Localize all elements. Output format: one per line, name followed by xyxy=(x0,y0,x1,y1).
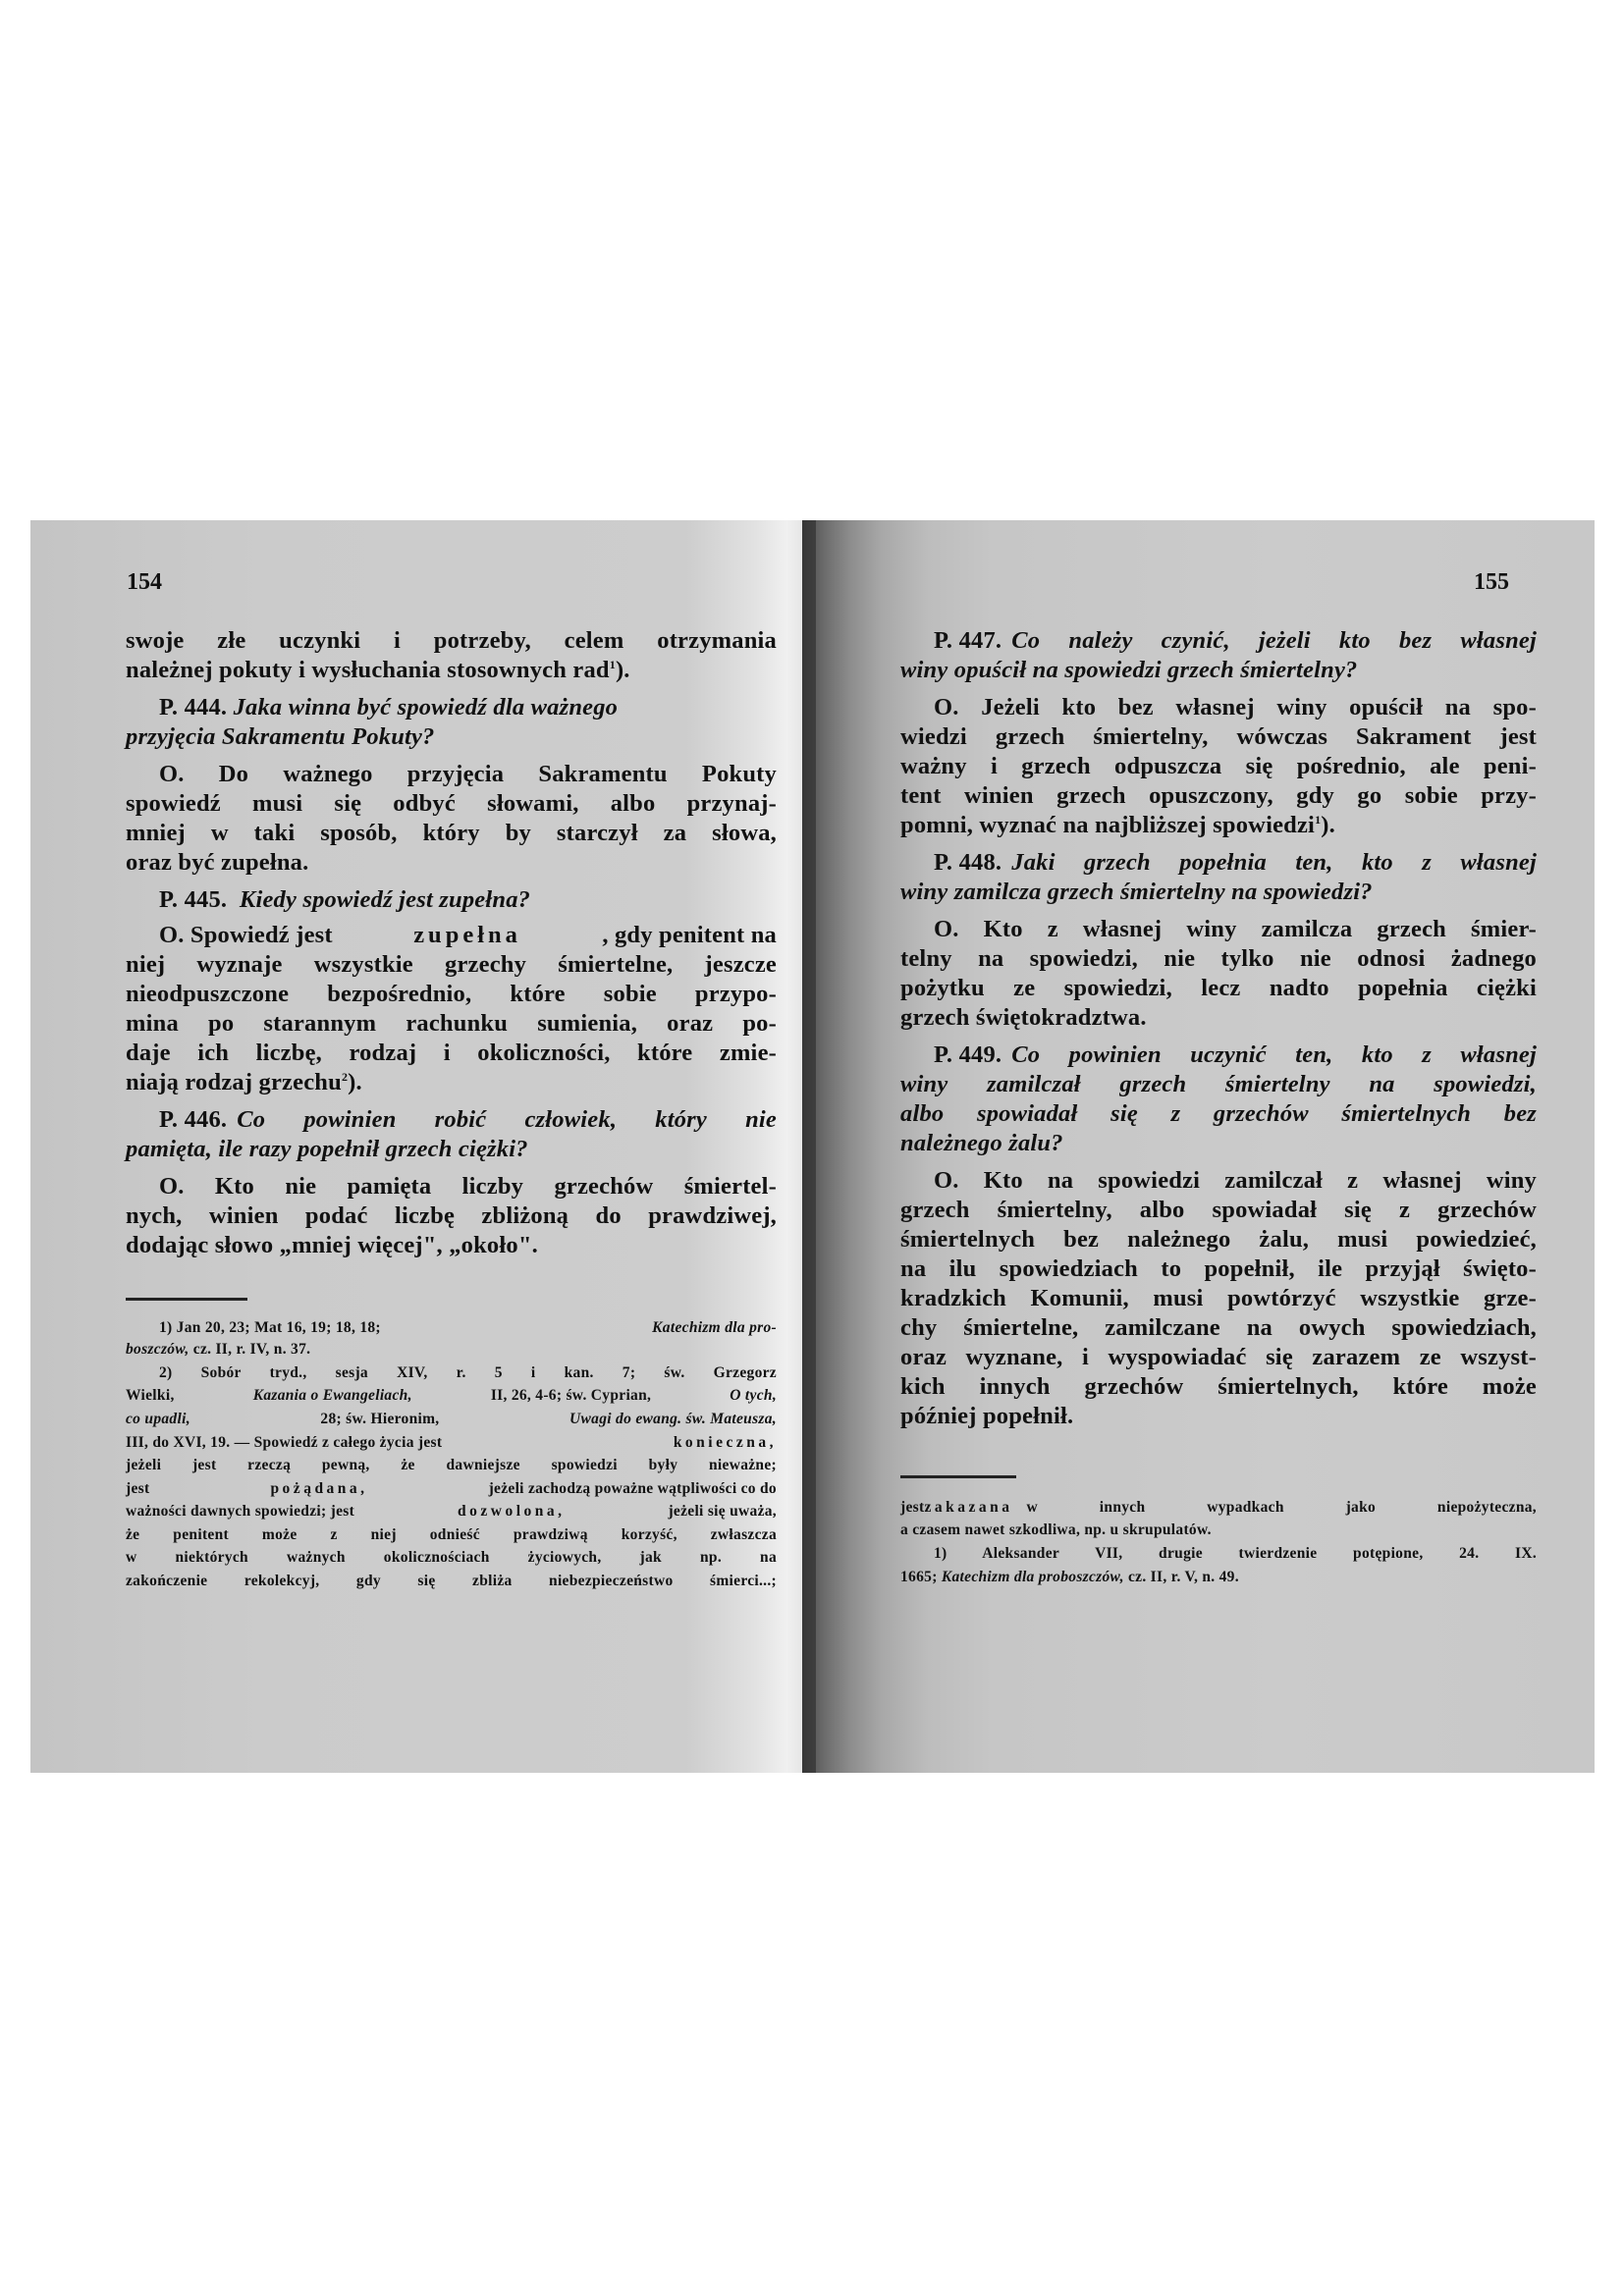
footnote-divider xyxy=(126,1298,247,1301)
question-text: przyjęcia Sakramentu Pokuty? xyxy=(126,722,435,752)
footnote: 1) Aleksander VII, drugie twierdzenie po… xyxy=(934,1543,1537,1565)
question-heading: P. 445. Kiedy spowiedź jest zupełna? xyxy=(159,885,530,915)
text-line: pomni, wyznać na najbliższej spowiedzi1)… xyxy=(900,811,1335,840)
question-text: Co powinien uczynić ten, kto z własnej xyxy=(1011,1041,1537,1070)
text-line: O. Do ważnego przyjęcia Sakramentu Pokut… xyxy=(159,760,777,789)
text-line: kradzkich Komunii, musi powtórzyć wszyst… xyxy=(900,1284,1537,1313)
footnote: ważności dawnych spowiedzi; jestdozwolon… xyxy=(126,1501,777,1522)
text-line: wiedzi grzech śmiertelny, wówczas Sakram… xyxy=(900,722,1537,752)
footnote-marker: 1 xyxy=(610,658,616,671)
text-line: dodając słowo „mniej więcej", „około". xyxy=(126,1231,538,1260)
footnote: Wielki,Kazania o Ewangeliach,II, 26, 4-6… xyxy=(126,1385,777,1407)
text-line: O. Jeżeli kto bez własnej winy opuścił n… xyxy=(934,693,1537,722)
text-line: nych, winien podać liczbę zbliżoną do pr… xyxy=(126,1201,777,1231)
question-text: winy zamilcza grzech śmiertelny na spowi… xyxy=(900,878,1373,907)
text-line: tent winien grzech opuszczony, gdy go so… xyxy=(900,781,1537,811)
question-number: P. 446. xyxy=(159,1105,227,1135)
text-line: swoje złe uczynki i potrzeby, celem otrz… xyxy=(126,626,777,656)
text-line: kich innych grzechów śmiertelnych, które… xyxy=(900,1372,1537,1402)
question-number: P. 448. xyxy=(934,848,1001,878)
footnote: co upadli,28; św. Hieronim,Uwagi do ewan… xyxy=(126,1409,777,1430)
text-line: pożytku ze spowiedzi, lecz nadto popełni… xyxy=(900,974,1537,1003)
text-line: oraz być zupełna. xyxy=(126,848,308,878)
footnote: a czasem nawet szkodliwa, np. u skrupula… xyxy=(900,1520,1212,1541)
question-text: należnego żalu? xyxy=(900,1129,1063,1158)
text-line: ważny i grzech odpuszcza się pośrednio, … xyxy=(900,752,1537,781)
text-line: oraz wyznane, i wyspowiadać się zarazem … xyxy=(900,1343,1537,1372)
question-number: P. 449. xyxy=(934,1041,1001,1070)
text-line: na ilu spowiedziach to popełnił, ile prz… xyxy=(900,1255,1537,1284)
question-text: albo spowiadał się z grzechów śmiertelny… xyxy=(900,1099,1537,1129)
page-number-right: 155 xyxy=(1474,569,1509,596)
question-number: P. 445. xyxy=(159,886,227,913)
question-heading: P. 448.Jaki grzech popełnia ten, kto z w… xyxy=(934,848,1537,878)
text-line: mina po starannym rachunku sumienia, ora… xyxy=(126,1009,777,1039)
question-heading: P. 446.Co powinien robić człowiek, który… xyxy=(159,1105,777,1135)
question-text: Jaka winna być spowiedź dla ważnego xyxy=(234,694,619,721)
question-text: Jaki grzech popełnia ten, kto z własnej xyxy=(1011,848,1537,878)
text-line: spowiedź musi się odbyć słowami, albo pr… xyxy=(126,789,777,819)
question-heading: P. 449.Co powinien uczynić ten, kto z wł… xyxy=(934,1041,1537,1070)
text-line: mniej w taki sposób, który by starczył z… xyxy=(126,819,777,848)
question-text: Kiedy spowiedź jest zupełna? xyxy=(240,886,530,913)
text-line: należnej pokuty i wysłuchania stosownych… xyxy=(126,656,630,685)
page-number-left: 154 xyxy=(127,569,162,596)
footnote: jeżeli jest rzeczą pewną, że dawniejsze … xyxy=(126,1455,777,1476)
footnote: zakończenie rekolekcyj, gdy się zbliża n… xyxy=(126,1571,777,1592)
text-line: nieodpuszczone bezpośrednio, które sobie… xyxy=(126,980,777,1009)
text-line: O. Kto nie pamięta liczby grzechów śmier… xyxy=(159,1172,777,1201)
question-text: winy opuścił na spowiedzi grzech śmierte… xyxy=(900,656,1357,685)
text-line: grzech świętokradztwa. xyxy=(900,1003,1147,1033)
book-scan: 154 swoje złe uczynki i potrzeby, celem … xyxy=(30,520,1595,1773)
footnote-marker: 2 xyxy=(342,1070,348,1084)
question-text: Co powinien robić człowiek, który nie xyxy=(237,1105,777,1135)
footnote: jestzakazanaw innych wypadkach jako niep… xyxy=(900,1497,1537,1519)
text-line: O. Spowiedź jestzupełna, gdy penitent na xyxy=(159,921,777,950)
text-line: później popełnił. xyxy=(900,1402,1073,1431)
question-text: Co należy czynić, jeżeli kto bez własnej xyxy=(1011,626,1537,656)
question-heading: P. 444. Jaka winna być spowiedź dla ważn… xyxy=(159,693,618,722)
text-line: chy śmiertelne, zamilczane na owych spow… xyxy=(900,1313,1537,1343)
question-number: P. 447. xyxy=(934,626,1001,656)
footnote-divider xyxy=(900,1475,1016,1478)
text-line: O. Kto z własnej winy zamilcza grzech śm… xyxy=(934,915,1537,944)
text-line: daje ich liczbę, rodzaj i okoliczności, … xyxy=(126,1039,777,1068)
text-line: niają rodzaj grzechu2). xyxy=(126,1068,362,1097)
footnote: że penitent może z niej odnieść prawdziw… xyxy=(126,1524,777,1546)
text-line: grzech śmiertelny, albo spowiadał się z … xyxy=(900,1196,1537,1225)
footnote: 1) Jan 20, 23; Mat 16, 19; 18, 18;Katech… xyxy=(159,1317,777,1339)
question-text: winy zamilczał grzech śmiertelny na spow… xyxy=(900,1070,1537,1099)
footnote-marker: 1 xyxy=(1315,813,1321,827)
footnote: 1665; Katechizm dla proboszczów, cz. II,… xyxy=(900,1567,1239,1588)
footnote: 2) Sobór tryd., sesja XIV, r. 5 i kan. 7… xyxy=(159,1362,777,1384)
footnote: III, do XVI, 19. — Spowiedź z całego życ… xyxy=(126,1432,777,1454)
question-heading: P. 447.Co należy czynić, jeżeli kto bez … xyxy=(934,626,1537,656)
text-line: telny na spowiedzi, nie tylko nie odnosi… xyxy=(900,944,1537,974)
spaced-emphasis: zupełna xyxy=(413,921,521,950)
book-gutter xyxy=(802,520,816,1773)
footnote: w niektórych ważnych okolicznościach życ… xyxy=(126,1547,777,1569)
footnote: boszczów, cz. II, r. IV, n. 37. xyxy=(126,1339,310,1361)
question-text: pamięta, ile razy popełnił grzech ciężki… xyxy=(126,1135,528,1164)
text-line: O. Kto na spowiedzi zamilczał z własnej … xyxy=(934,1166,1537,1196)
text-line: niej wyznaje wszystkie grzechy śmierteln… xyxy=(126,950,777,980)
footnote: jestpożądana,jeżeli zachodzą poważne wąt… xyxy=(126,1478,777,1500)
text-line: śmiertelnych bez należnego żalu, musi po… xyxy=(900,1225,1537,1255)
question-number: P. 444. xyxy=(159,694,227,721)
